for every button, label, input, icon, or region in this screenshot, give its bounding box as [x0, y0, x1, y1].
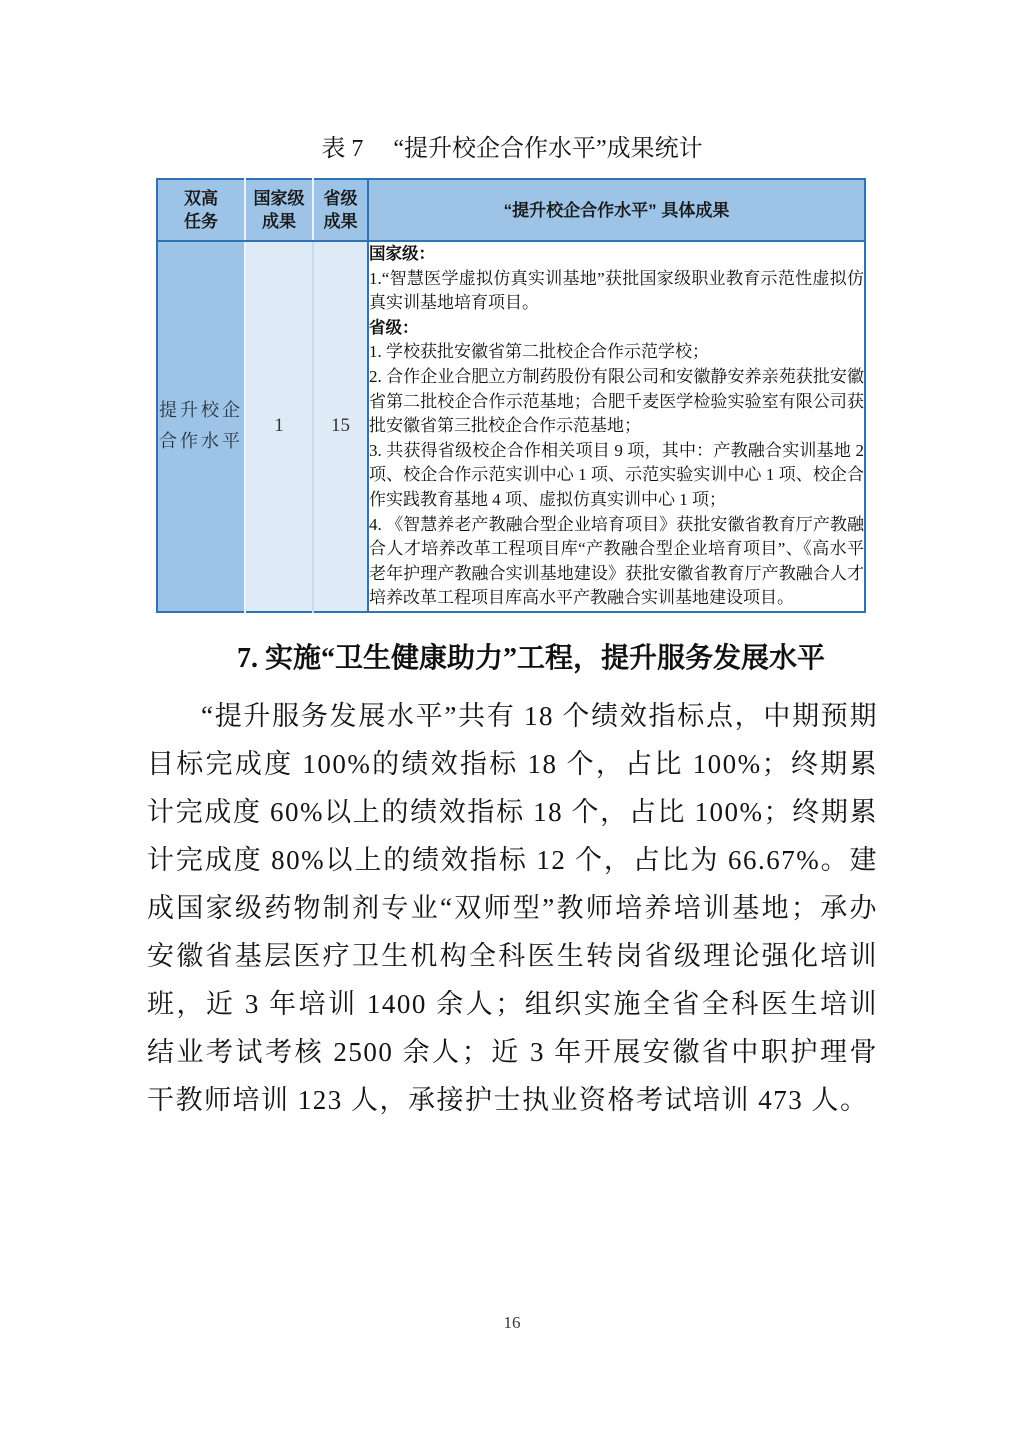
cell-provincial-count: 15	[313, 241, 368, 612]
table-caption: 表 7 “提升校企合作水平”成果统计	[0, 133, 1024, 165]
header-provincial-line2: 成果	[314, 210, 367, 233]
header-national-line2: 成果	[246, 210, 312, 233]
provincial-item-4: 4. 《智慧养老产教融合型企业培育项目》获批安徽省教育厅产教融合人才培养改革工程…	[369, 513, 864, 611]
page-number: 16	[0, 1312, 1024, 1334]
header-provincial-line1: 省级	[314, 187, 367, 210]
header-task-line1: 双高	[158, 187, 244, 210]
provincial-item-1: 1. 学校获批安徽省第二批校企合作示范学校；	[369, 340, 864, 365]
header-cell-provincial-count: 省级 成果	[313, 179, 368, 241]
table-data-row: 提升校企 合作水平 1 15 国家级： 1.“智慧医学虚拟仿真实训基地”获批国家…	[157, 241, 865, 612]
national-item-1: 1.“智慧医学虚拟仿真实训基地”获批国家级职业教育示范性虚拟仿真实训基地培育项目…	[369, 267, 864, 316]
provincial-item-2: 2. 合作企业合肥立方制药股份有限公司和安徽静安养亲苑获批安徽省第二批校企合作示…	[369, 365, 864, 439]
document-page: 表 7 “提升校企合作水平”成果统计 双高 任务 国家级 成果 省级 成果	[0, 0, 1024, 1448]
header-cell-national-count: 国家级 成果	[245, 179, 313, 241]
national-label: 国家级：	[369, 242, 864, 267]
header-national-line1: 国家级	[246, 187, 312, 210]
results-table: 双高 任务 国家级 成果 省级 成果 “提升校企合作水平” 具体成果 提升校企 …	[156, 178, 866, 613]
provincial-label: 省级：	[369, 316, 864, 341]
header-task-line2: 任务	[158, 210, 244, 233]
provincial-item-3: 3. 共获得省级校企合作相关项目 9 项，其中：产教融合实训基地 2 项、校企合…	[369, 439, 864, 513]
table-header-row: 双高 任务 国家级 成果 省级 成果 “提升校企合作水平” 具体成果	[157, 179, 865, 241]
cell-task-line1: 提升校企	[158, 395, 244, 426]
header-cell-task: 双高 任务	[157, 179, 245, 241]
header-cell-details: “提升校企合作水平” 具体成果	[368, 179, 865, 241]
cell-task: 提升校企 合作水平	[157, 241, 245, 612]
section-heading: 7. 实施“卫生健康助力”工程，提升服务发展水平	[140, 638, 922, 680]
cell-task-line2: 合作水平	[158, 426, 244, 457]
cell-details: 国家级： 1.“智慧医学虚拟仿真实训基地”获批国家级职业教育示范性虚拟仿真实训基…	[368, 241, 865, 612]
cell-national-count: 1	[245, 241, 313, 612]
section-paragraph: “提升服务发展水平”共有 18 个绩效指标点，中期预期目标完成度 100%的绩效…	[147, 692, 878, 1124]
